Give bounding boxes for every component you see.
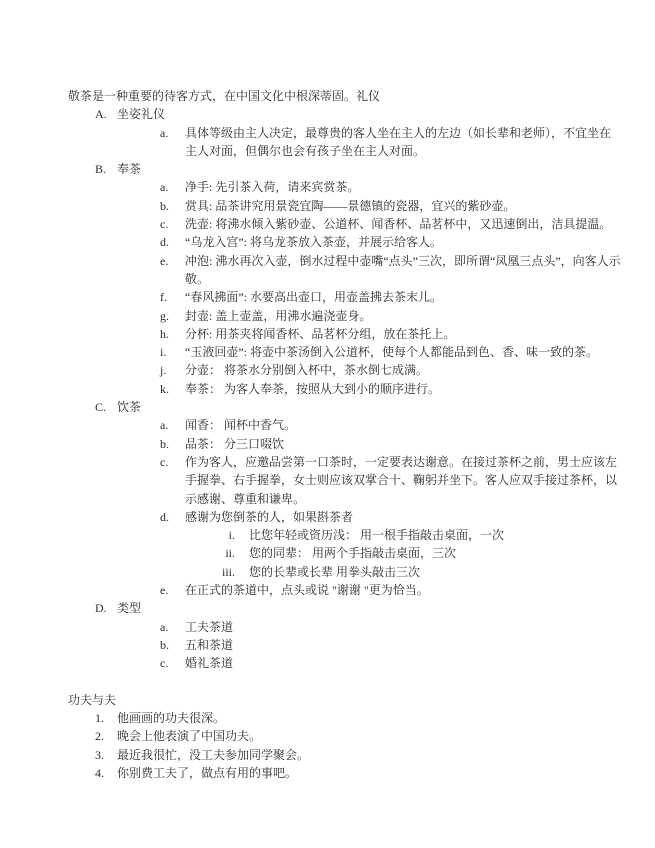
document-page: 敬茶是一种重要的待客方式，在中国文化中根深蒂固。礼仪 A. 坐姿礼仪 a. 具体… [0, 0, 655, 848]
outline-line: 敬茶是一种重要的待客方式，在中国文化中根深蒂固。礼仪 [0, 87, 655, 105]
line-marker: j. [160, 361, 185, 379]
line-marker: h. [160, 325, 185, 343]
line-marker: a. [160, 416, 185, 434]
line-marker: D. [95, 599, 117, 617]
outline-line: A. 坐姿礼仪 [0, 105, 655, 123]
line-text: 分杯: 用茶夹将闻香杯、品茗杯分组，放在茶托上。 [185, 325, 455, 343]
outline-line: ii. 您的同辈： 用两个手指敲击桌面，三次 [0, 544, 655, 562]
line-text: 奉茶 [117, 160, 141, 178]
line-text: 感谢为您倒茶的人，如果斟茶者 [185, 508, 353, 526]
line-text: 你别费工夫了，做点有用的事吧。 [117, 764, 297, 782]
line-text: 五和茶道 [185, 636, 233, 654]
line-text: 最近我很忙，没工夫参加同学聚会。 [117, 746, 309, 764]
outline-line: c. 作为客人，应邀品尝第一口茶时，一定要表达谢意。在接过茶杯之前，男士应该左手… [0, 453, 655, 508]
outline-line: e. 在正式的茶道中，点头或说 "谢谢 "更为恰当。 [0, 581, 655, 599]
line-marker: ii. [205, 544, 235, 562]
line-text: “乌龙入宫”: 将乌龙茶放入茶壶，并展示给客人。 [185, 233, 442, 251]
outline-line: j. 分壶： 将茶水分别倒入杯中，茶水倒七成满。 [0, 361, 655, 379]
outline-line: i. “玉液回壶”: 将壶中茶汤倒入公道杯，使每个人都能品到色、香、味一致的茶。 [0, 343, 655, 361]
outline-line: a. 具体等级由主人决定，最尊贵的客人坐在主人的左边（如长辈和老师），不宜坐在主… [0, 124, 655, 161]
line-marker: b. [160, 636, 185, 654]
outline-line: e. 冲泡: 沸水再次入壶，倒水过程中壶嘴“点头”三次，即所谓“凤凰三点头”，向… [0, 252, 655, 289]
outline-line: h. 分杯: 用茶夹将闻香杯、品茗杯分组，放在茶托上。 [0, 325, 655, 343]
line-text: 晚会上他表演了中国功夫。 [117, 727, 261, 745]
outline-line: b. 五和茶道 [0, 636, 655, 654]
line-text: 闻香： 闻杯中香气。 [185, 416, 296, 434]
line-text: 类型 [117, 599, 141, 617]
line-marker: k. [160, 380, 185, 398]
outline-line: iii. 您的长辈或长辈 用拳头敲击三次 [0, 563, 655, 581]
line-marker: d. [160, 508, 185, 526]
outline-line: d. “乌龙入宫”: 将乌龙茶放入茶壶，并展示给客人。 [0, 233, 655, 251]
line-marker: i. [205, 526, 235, 544]
line-marker: 4. [95, 764, 117, 782]
line-marker: a. [160, 618, 185, 636]
line-text: “玉液回壶”: 将壶中茶汤倒入公道杯，使每个人都能品到色、香、味一致的茶。 [185, 343, 598, 361]
outline-line: b. 赏具: 品茶讲究用景瓷宜陶——景德镇的瓷器，宜兴的紫砂壶。 [0, 197, 655, 215]
outline-line: a. 工夫茶道 [0, 618, 655, 636]
line-marker: e. [160, 581, 185, 599]
line-text: 饮茶 [117, 398, 141, 416]
line-text: 在正式的茶道中，点头或说 "谢谢 "更为恰当。 [185, 581, 429, 599]
outline-line: B. 奉茶 [0, 160, 655, 178]
outline-line: a. 净手: 先引茶入荷，请来宾赏茶。 [0, 178, 655, 196]
line-marker: 1. [95, 709, 117, 727]
line-marker: C. [95, 398, 117, 416]
outline-line: D. 类型 [0, 599, 655, 617]
outline-line: d. 感谢为您倒茶的人，如果斟茶者 [0, 508, 655, 526]
line-text: 功夫与夫 [68, 691, 116, 709]
line-marker: d. [160, 233, 185, 251]
line-text: 赏具: 品茶讲究用景瓷宜陶——景德镇的瓷器，宜兴的紫砂壶。 [185, 197, 515, 215]
line-text: 冲泡: 沸水再次入壶，倒水过程中壶嘴“点头”三次，即所谓“凤凰三点头”，向客人示… [185, 252, 621, 289]
line-marker: i. [160, 343, 185, 361]
outline-line: 3. 最近我很忙，没工夫参加同学聚会。 [0, 746, 655, 764]
line-marker: 3. [95, 746, 117, 764]
line-marker: c. [160, 215, 185, 233]
line-text: 您的长辈或长辈 用拳头敲击三次 [249, 563, 420, 581]
outline-line: k. 奉茶： 为客人奉茶，按照从大到小的顺序进行。 [0, 380, 655, 398]
line-text: 净手: 先引茶入荷，请来宾赏茶。 [185, 178, 359, 196]
line-text: 比您年轻或资历浅： 用一根手指敲击桌面，一次 [249, 526, 504, 544]
line-marker: a. [160, 178, 185, 196]
line-text: “春风拂面”: 水要高出壶口，用壶盖拂去茶末儿。 [185, 288, 442, 306]
line-marker: b. [160, 435, 185, 453]
document-content: 敬茶是一种重要的待客方式，在中国文化中根深蒂固。礼仪 A. 坐姿礼仪 a. 具体… [0, 87, 655, 782]
line-marker: iii. [205, 563, 235, 581]
line-marker: A. [95, 105, 117, 123]
line-text: 具体等级由主人决定，最尊贵的客人坐在主人的左边（如长辈和老师），不宜坐在主人对面… [185, 124, 621, 161]
outline-line: a. 闻香： 闻杯中香气。 [0, 416, 655, 434]
line-text: 敬茶是一种重要的待客方式，在中国文化中根深蒂固。礼仪 [68, 87, 380, 105]
line-text: 他画画的功夫很深。 [117, 709, 225, 727]
line-text: 工夫茶道 [185, 618, 233, 636]
line-text: 洗壶: 将沸水倾入紫砂壶、公道杯、闻香杯、品茗杯中，又迅速倒出，洁具提温。 [185, 215, 611, 233]
outline-line: c. 婚礼茶道 [0, 654, 655, 672]
line-marker: f. [160, 288, 185, 306]
outline-line: 功夫与夫 [0, 691, 655, 709]
outline-line: 4. 你别费工夫了，做点有用的事吧。 [0, 764, 655, 782]
line-text: 封壶: 盖上壶盖，用沸水遍浇壶身。 [185, 307, 371, 325]
outline-line: 1. 他画画的功夫很深。 [0, 709, 655, 727]
line-marker: g. [160, 307, 185, 325]
line-text: 品茶： 分三口啜饮 [185, 435, 284, 453]
line-marker: c. [160, 453, 185, 471]
line-marker: c. [160, 654, 185, 672]
outline-line: c. 洗壶: 将沸水倾入紫砂壶、公道杯、闻香杯、品茗杯中，又迅速倒出，洁具提温。 [0, 215, 655, 233]
line-text: 您的同辈： 用两个手指敲击桌面，三次 [249, 544, 456, 562]
line-marker: a. [160, 124, 185, 142]
line-text: 坐姿礼仪 [117, 105, 165, 123]
line-text: 婚礼茶道 [185, 654, 233, 672]
line-text: 作为客人，应邀品尝第一口茶时，一定要表达谢意。在接过茶杯之前，男士应该左手握拳、… [185, 453, 621, 508]
line-text: 分壶： 将茶水分别倒入杯中，茶水倒七成满。 [185, 361, 428, 379]
blank-line [0, 673, 655, 691]
outline-line: C. 饮茶 [0, 398, 655, 416]
line-marker: B. [95, 160, 117, 178]
line-marker: e. [160, 252, 185, 270]
outline-line: 2. 晚会上他表演了中国功夫。 [0, 727, 655, 745]
outline-line: f. “春风拂面”: 水要高出壶口，用壶盖拂去茶末儿。 [0, 288, 655, 306]
outline-line: b. 品茶： 分三口啜饮 [0, 435, 655, 453]
line-marker: 2. [95, 727, 117, 745]
line-text: 奉茶： 为客人奉茶，按照从大到小的顺序进行。 [185, 380, 440, 398]
outline-line: i. 比您年轻或资历浅： 用一根手指敲击桌面，一次 [0, 526, 655, 544]
line-marker: b. [160, 197, 185, 215]
outline-line: g. 封壶: 盖上壶盖，用沸水遍浇壶身。 [0, 307, 655, 325]
